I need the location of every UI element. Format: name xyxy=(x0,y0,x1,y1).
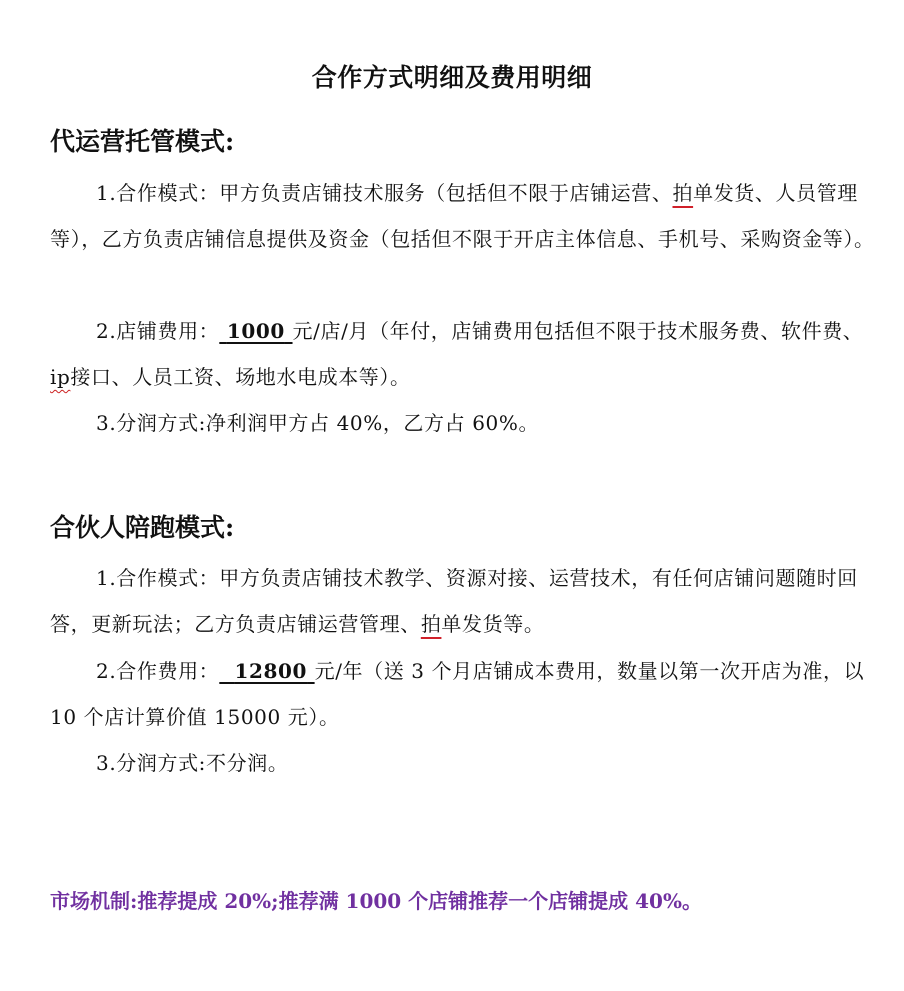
s1-item-2-spellcheck-word: ip xyxy=(50,365,70,389)
market-mechanism-note: 市场机制:推荐提成 20%;推荐满 1000 个店铺推荐一个店铺提成 40%。 xyxy=(50,885,702,914)
s1-store-fee-amount: 1000 xyxy=(219,319,292,343)
s1-item-2-text-b: 接口、人员工资、场地水电成本等）。 xyxy=(70,365,410,389)
s1-item-1-text-a: 1.合作模式：甲方负责店铺技术服务（包括但不限于店铺运营、 xyxy=(96,181,672,205)
s1-item-2: 2.店铺费用： 1000 元/店/月（年付，店铺费用包括但不限于技术服务费、软件… xyxy=(50,308,880,400)
document-page: 合作方式明细及费用明细 代运营托管模式: 1.合作模式：甲方负责店铺技术服务（包… xyxy=(0,0,904,991)
s2-item-1-flagged-word: 拍 xyxy=(421,612,442,636)
s1-item-2-prefix: 2.店铺费用： xyxy=(96,319,219,343)
s1-item-3: 3.分润方式:净利润甲方占 40%，乙方占 60%。 xyxy=(50,400,880,446)
s2-item-2-prefix: 2.合作费用： xyxy=(96,659,219,683)
s1-item-2-text-a: 元/店/月（年付，店铺费用包括但不限于技术服务费、软件费、 xyxy=(293,319,864,343)
s2-item-1-text-b: 单发货等。 xyxy=(441,612,544,636)
s1-item-1: 1.合作模式：甲方负责店铺技术服务（包括但不限于店铺运营、拍单发货、人员管理等）… xyxy=(50,170,880,262)
section-heading-partner-coaching: 合伙人陪跑模式: xyxy=(50,508,234,544)
s2-item-2: 2.合作费用： 12800 元/年（送 3 个月店铺成本费用，数量以第一次开店为… xyxy=(50,648,880,740)
s2-item-1: 1.合作模式：甲方负责店铺技术教学、资源对接、运营技术，有任何店铺问题随时回答，… xyxy=(50,555,880,647)
document-title: 合作方式明细及费用明细 xyxy=(0,58,904,94)
s2-item-3: 3.分润方式:不分润。 xyxy=(50,740,880,786)
s1-item-1-flagged-word: 拍 xyxy=(672,181,693,205)
section-heading-managed-operation: 代运营托管模式: xyxy=(50,122,234,158)
s2-partner-fee-amount: 12800 xyxy=(219,659,314,683)
